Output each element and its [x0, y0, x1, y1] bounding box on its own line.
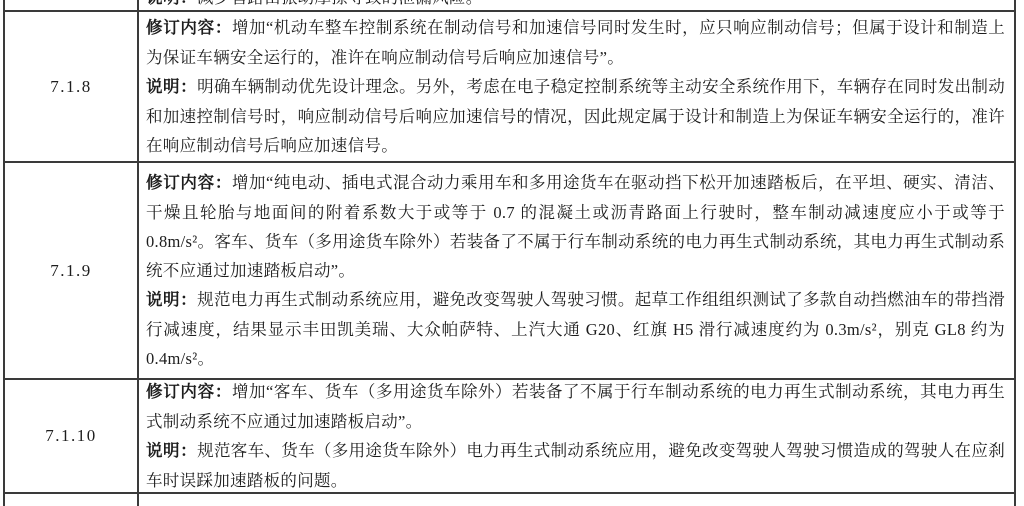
block-text: 增加“客车、货车（多用途货车除外）若装备了不属于行车制动系统的电力再生式制动系统… [146, 382, 1005, 431]
table-row [5, 494, 1014, 503]
block-text: 明确车辆制动优先设计理念。另外，考虑在电子稳定控制系统等主动安全系统作用下，车辆… [146, 77, 1005, 155]
section-number-cell: 7.1.8 [5, 12, 139, 161]
block-text: 规范客车、货车（多用途货车除外）电力再生式制动系统应用，避免改变驾驶人驾驶习惯造… [146, 441, 1005, 490]
block-label: 说明： [146, 291, 197, 309]
section-number-cell [5, 494, 139, 503]
block-label: 修订内容： [146, 383, 232, 401]
block-text: 减少管路由振动摩擦导致的泄漏风险。 [197, 0, 483, 7]
section-number-cell [5, 0, 139, 10]
table-row: 7.1.8 修订内容：增加“机动车整车控制系统在制动信号和加速信号同时发生时，应… [5, 12, 1014, 163]
text-block: 修订内容：增加“纯电动、插电式混合动力乘用车和多用途货车在驱动挡下松开加速踏板后… [146, 168, 1005, 285]
block-label: 修订内容： [146, 19, 232, 37]
section-number-cell: 7.1.10 [5, 380, 139, 492]
section-number: 7.1.8 [50, 77, 92, 97]
text-block: 说明：减少管路由振动摩擦导致的泄漏风险。 [146, 0, 1005, 10]
block-text: 增加“机动车整车控制系统在制动信号和加速信号同时发生时，应只响应制动信号；但属于… [146, 18, 1005, 67]
section-number: 7.1.10 [45, 426, 97, 446]
text-block: 说明：规范电力再生式制动系统应用，避免改变驾驶人驾驶习惯。起草工作组组织测试了多… [146, 285, 1005, 373]
text-block: 说明：明确车辆制动优先设计理念。另外，考虑在电子稳定控制系统等主动安全系统作用下… [146, 72, 1005, 160]
section-number: 7.1.9 [50, 261, 92, 281]
block-label: 说明： [146, 442, 197, 460]
table-row: 7.1.9 修订内容：增加“纯电动、插电式混合动力乘用车和多用途货车在驱动挡下松… [5, 163, 1014, 380]
table-row: 7.1.10 修订内容：增加“客车、货车（多用途货车除外）若装备了不属于行车制动… [5, 380, 1014, 494]
row-content-cell: 修订内容：增加“机动车整车控制系统在制动信号和加速信号同时发生时，应只响应制动信… [139, 12, 1014, 161]
revision-table: 说明：减少管路由振动摩擦导致的泄漏风险。 7.1.8 修订内容：增加“机动车整车… [3, 0, 1016, 503]
text-block: 修订内容：增加“机动车整车控制系统在制动信号和加速信号同时发生时，应只响应制动信… [146, 13, 1005, 72]
table-row: 说明：减少管路由振动摩擦导致的泄漏风险。 [5, 0, 1014, 12]
block-label: 修订内容： [146, 174, 232, 192]
text-block: 修订内容：增加“客车、货车（多用途货车除外）若装备了不属于行车制动系统的电力再生… [146, 380, 1005, 436]
text-block: 说明：规范客车、货车（多用途货车除外）电力再生式制动系统应用，避免改变驾驶人驾驶… [146, 436, 1005, 492]
block-text: 规范电力再生式制动系统应用，避免改变驾驶人驾驶习惯。起草工作组组织测试了多款自动… [146, 290, 1005, 368]
block-text: 增加“纯电动、插电式混合动力乘用车和多用途货车在驱动挡下松开加速踏板后，在平坦、… [146, 173, 1005, 280]
section-number-cell: 7.1.9 [5, 163, 139, 378]
row-content-cell: 修订内容：增加“客车、货车（多用途货车除外）若装备了不属于行车制动系统的电力再生… [139, 380, 1014, 492]
block-label: 说明： [146, 0, 197, 7]
row-content-cell: 说明：减少管路由振动摩擦导致的泄漏风险。 [139, 0, 1014, 10]
row-content-cell [139, 494, 1014, 503]
block-label: 说明： [146, 78, 197, 96]
row-content-cell: 修订内容：增加“纯电动、插电式混合动力乘用车和多用途货车在驱动挡下松开加速踏板后… [139, 163, 1014, 378]
